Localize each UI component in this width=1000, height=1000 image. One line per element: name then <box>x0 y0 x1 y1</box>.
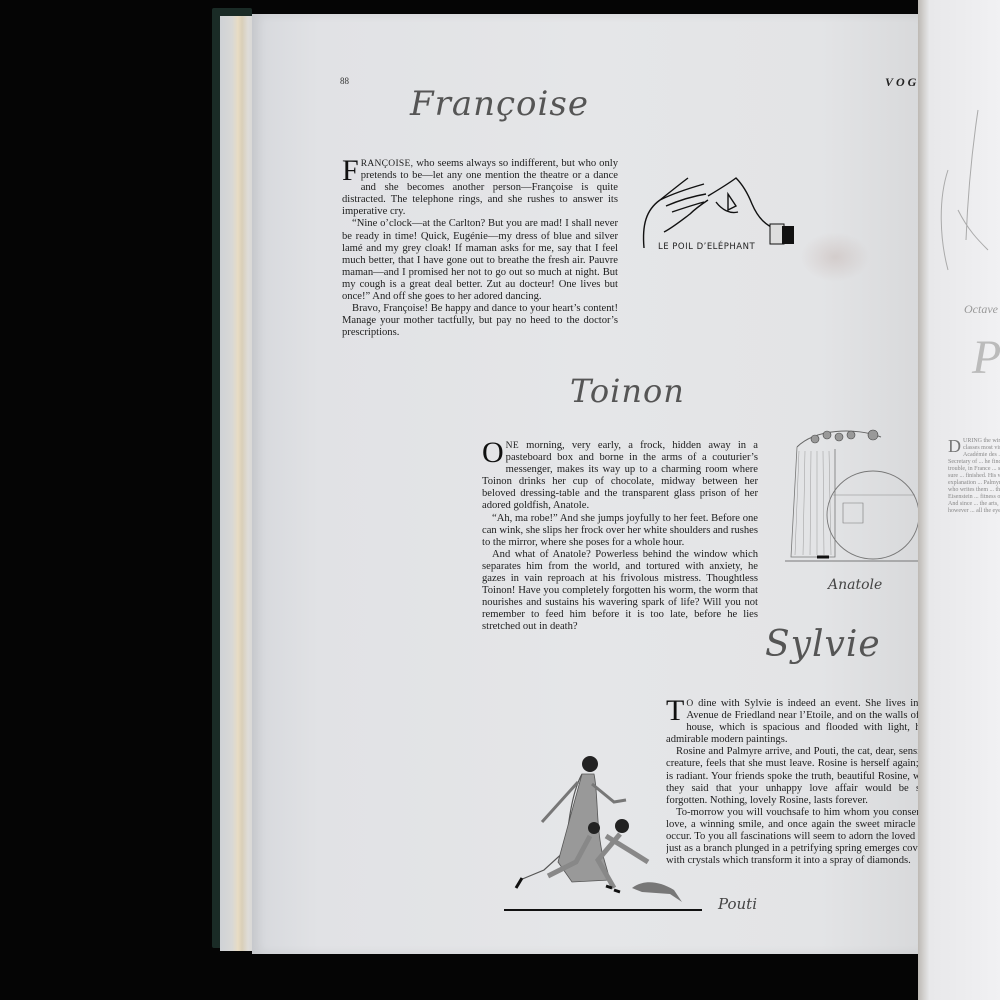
facing-title-fragment: Octave <box>964 302 998 317</box>
paragraph: And what of Anatole? Powerless behind th… <box>482 549 758 634</box>
facing-page-text: DURING the winter ... classes most visit… <box>948 438 1000 515</box>
article-title-francoise: Françoise <box>410 84 589 124</box>
hands-holding-hair-illustration-icon: LE POIL D’ELÉPHANT <box>632 170 802 255</box>
woman-children-chasing-cat-illustration-icon <box>502 752 712 917</box>
article-body-toinon: ONE morning, very early, a frock, hidden… <box>482 440 758 634</box>
drop-cap: O <box>482 441 504 465</box>
page-number: 88 <box>340 76 349 86</box>
paragraph: TO dine with Sylvie is indeed an event. … <box>666 698 936 746</box>
facing-page: Octave P DURING the winter ... classes m… <box>918 0 1000 1000</box>
article-title-sylvie: Sylvie <box>765 624 881 665</box>
facing-initial: P <box>972 330 1000 385</box>
article-body-francoise: FRANÇOISE, who seems always so indiffere… <box>342 158 618 339</box>
woman-with-goldfish-bowl-illustration-icon <box>785 425 925 570</box>
paragraph: “Nine o’clock—at the Carlton? But you ar… <box>342 218 618 303</box>
paragraph: ONE morning, very early, a frock, hidden… <box>482 440 758 513</box>
illustration-caption: Pouti <box>718 895 757 913</box>
paper-stain <box>800 232 870 282</box>
drop-cap: T <box>666 699 684 723</box>
article-title-toinon: Toinon <box>570 372 685 410</box>
paragraph: Bravo, Françoise! Be happy and dance to … <box>342 303 618 339</box>
illustration-caption: Anatole <box>828 577 882 593</box>
illustration-caption: LE POIL D’ELÉPHANT <box>658 242 755 252</box>
drop-cap: F <box>342 159 359 183</box>
paragraph: “Ah, ma robe!” And she jumps joyfully to… <box>482 513 758 549</box>
paragraph: FRANÇOISE, who seems always so indiffere… <box>342 158 618 218</box>
drop-cap: D <box>948 438 961 454</box>
